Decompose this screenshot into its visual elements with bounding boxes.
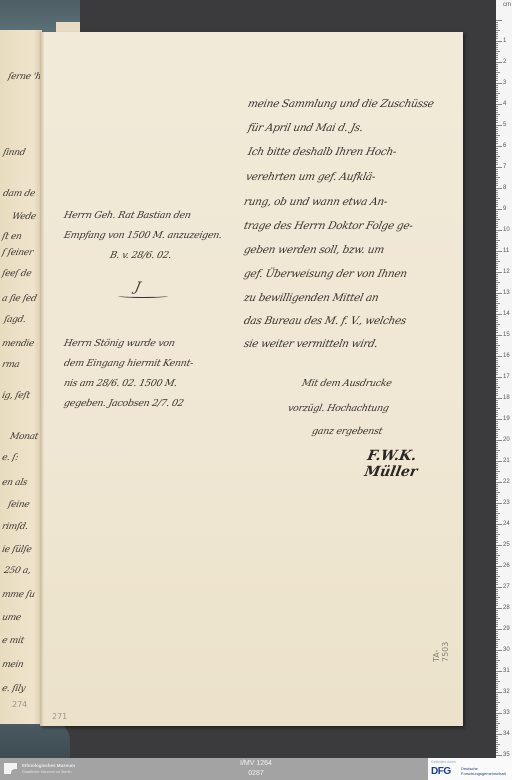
ruler-tick: [496, 349, 498, 350]
ruler-tick: [496, 547, 498, 548]
ruler-tick: [496, 345, 500, 346]
ruler-tick: [496, 664, 498, 665]
ruler-tick: [496, 618, 500, 619]
ruler-tick: [496, 639, 500, 640]
ruler-tick: [496, 425, 498, 426]
ruler-tick: [496, 200, 498, 201]
ruler-label: 5: [503, 122, 506, 128]
ruler-tick: [496, 118, 498, 119]
ruler-tick: [496, 301, 498, 302]
ruler-tick: [496, 335, 502, 336]
funder-badge[interactable]: Gefördert durch DFG Deutsche Forschungsg…: [428, 758, 512, 780]
ruler-tick: [496, 55, 498, 56]
ruler-label: 18: [503, 395, 510, 401]
ruler-tick: [496, 129, 498, 130]
ruler-label: 22: [503, 479, 510, 485]
marginal-note-2-line: Herrn Stönig wurde von: [63, 338, 176, 349]
ruler-tick: [496, 347, 498, 348]
ruler-tick: [496, 152, 498, 153]
ruler-tick: [496, 267, 498, 268]
ruler-tick: [496, 173, 498, 174]
ruler-tick: [496, 337, 498, 338]
ruler-tick: [496, 687, 498, 688]
ruler-tick: [496, 156, 500, 157]
ruler-tick: [496, 572, 498, 573]
ruler-tick: [496, 631, 498, 632]
ruler-tick: [496, 314, 502, 315]
ruler-tick: [496, 440, 502, 441]
ruler-tick: [496, 635, 498, 636]
ruler-tick: [496, 605, 498, 606]
ruler-tick: [496, 89, 498, 90]
ruler-tick: [496, 366, 500, 367]
ruler-tick: [496, 454, 498, 455]
ruler-tick: [496, 536, 498, 537]
ruler-tick: [496, 120, 498, 121]
ruler-tick: [496, 708, 498, 709]
ruler-tick: [496, 395, 498, 396]
marginal-note-1-line: Herrn Geh. Rat Bastian den: [63, 210, 192, 221]
ruler-tick: [496, 38, 498, 39]
ruler-tick: [496, 91, 498, 92]
ruler-tick: [496, 412, 498, 413]
ruler-tick: [496, 746, 498, 747]
ruler-tick: [496, 97, 498, 98]
ruler-label: 7: [503, 164, 506, 170]
ruler-tick: [496, 589, 498, 590]
pencil-page-number: 274: [12, 700, 27, 709]
marginal-note-2-line: nis am 28/6. 02. 1500 M.: [63, 378, 178, 389]
ruler-tick: [496, 458, 498, 459]
ruler-tick: [496, 540, 498, 541]
ruler-label: 21: [503, 458, 510, 464]
ruler-tick: [496, 64, 498, 65]
ruler-tick: [496, 225, 498, 226]
ruler-tick: [496, 101, 498, 102]
ruler-tick: [496, 469, 498, 470]
ruler-tick: [496, 549, 498, 550]
left-page-fragment: Wede: [11, 212, 37, 222]
ruler-tick: [496, 131, 498, 132]
ruler-tick: [496, 206, 498, 207]
ruler-tick: [496, 299, 498, 300]
ruler-tick: [496, 637, 498, 638]
ruler-tick: [496, 143, 498, 144]
ruler-tick: [496, 183, 498, 184]
ruler-tick: [496, 389, 498, 390]
ruler-tick: [496, 696, 498, 697]
ruler-tick: [496, 232, 498, 233]
ruler-tick: [496, 654, 498, 655]
ruler-tick: [496, 236, 498, 237]
ruler-label: 27: [503, 584, 510, 590]
ruler-tick: [496, 22, 498, 23]
ruler-tick: [496, 20, 502, 21]
inventory-number: TA-7503: [432, 631, 450, 662]
letter-line: Ich bitte deshalb Ihren Hoch-: [247, 146, 398, 158]
ruler-label: 35: [503, 752, 510, 758]
ruler-label: 6: [503, 143, 506, 149]
ruler-tick: [496, 269, 498, 270]
ruler-tick: [496, 601, 498, 602]
ruler-tick: [496, 175, 498, 176]
ruler-tick: [496, 471, 500, 472]
ruler-tick: [496, 83, 502, 84]
ruler-tick: [496, 272, 502, 273]
ruler-tick: [496, 736, 498, 737]
ruler-tick: [496, 274, 498, 275]
ruler-tick: [496, 528, 498, 529]
ruler-tick: [496, 322, 498, 323]
ruler-tick: [496, 427, 498, 428]
ruler-tick: [496, 154, 498, 155]
ruler-tick: [496, 85, 498, 86]
ruler-label: 15: [503, 332, 510, 338]
ruler-tick: [496, 76, 498, 77]
ruler-tick: [496, 230, 502, 231]
ruler-tick: [496, 566, 502, 567]
ruler-tick: [496, 179, 498, 180]
ruler-tick: [496, 563, 498, 564]
ruler-tick: [496, 538, 498, 539]
ruler-tick: [496, 242, 498, 243]
ruler-label: 3: [503, 80, 506, 86]
ruler-label: 12: [503, 269, 510, 275]
ruler-tick: [496, 641, 498, 642]
ruler-tick: [496, 112, 498, 113]
ruler-tick: [496, 442, 498, 443]
ruler-label: 26: [503, 563, 510, 569]
ruler-tick: [496, 580, 498, 581]
ruler-tick: [496, 574, 498, 575]
ruler-tick: [496, 610, 498, 611]
ruler-tick: [496, 66, 498, 67]
ruler-tick: [496, 385, 498, 386]
ruler-tick: [496, 595, 498, 596]
closing-line: Mit dem Ausdrucke: [301, 378, 393, 389]
ruler-tick: [496, 251, 502, 252]
ruler-tick: [496, 433, 498, 434]
left-page-fragment: 250 a,: [3, 566, 32, 576]
ruler-tick: [496, 280, 498, 281]
ruler-tick: [496, 416, 498, 417]
ruler-tick: [496, 70, 498, 71]
ruler-tick: [496, 295, 498, 296]
ruler-tick: [496, 284, 498, 285]
ruler-tick: [496, 167, 502, 168]
dfg-logo-icon: DFG: [431, 766, 451, 777]
ruler-label: 13: [503, 290, 510, 296]
ruler-tick: [496, 68, 498, 69]
ruler-tick: [496, 513, 500, 514]
ruler-tick: [496, 318, 498, 319]
ruler-tick: [496, 211, 498, 212]
ruler-tick: [496, 731, 498, 732]
ruler-tick: [496, 748, 498, 749]
ruler-tick: [496, 519, 498, 520]
ruler-tick: [496, 62, 502, 63]
ruler-label: 2: [503, 59, 506, 65]
ruler-tick: [496, 133, 498, 134]
ruler-tick: [496, 658, 498, 659]
signature: F.W.K. Müller: [363, 448, 466, 480]
ruler-tick: [496, 633, 498, 634]
ruler-tick: [496, 698, 498, 699]
ruler-tick: [496, 679, 498, 680]
left-page: ſerne 'hſinnddam deWedeſt enſ ſeinerſeeſ…: [0, 30, 42, 724]
left-page-fragment: ie ſülſe: [1, 545, 32, 555]
ruler-tick: [496, 704, 498, 705]
ruler-tick: [496, 752, 498, 753]
ruler-tick: [496, 652, 498, 653]
ruler-tick: [496, 51, 500, 52]
marginal-note-1-line: B. v. 28/6. 02.: [109, 250, 173, 261]
ruler-tick: [496, 725, 498, 726]
marginal-note-2-line: gegeben. Jacobsen 2/7. 02: [63, 398, 185, 409]
ruler-tick: [496, 448, 498, 449]
ruler-tick: [496, 629, 502, 630]
ruler-tick: [496, 106, 498, 107]
ruler-tick: [496, 196, 498, 197]
ruler-tick: [496, 240, 500, 241]
ruler-tick: [496, 238, 498, 239]
left-page-fragment: a ſie ſed: [1, 294, 37, 304]
ruler-tick: [496, 614, 498, 615]
ruler-label: 32: [503, 689, 510, 695]
left-page-fragment: ſerne 'h: [7, 72, 42, 82]
ruler-tick: [496, 656, 498, 657]
ruler-tick: [496, 290, 498, 291]
ruler-tick: [496, 446, 498, 447]
ruler-tick: [496, 673, 498, 674]
ruler-tick: [496, 402, 498, 403]
ruler-tick: [496, 456, 498, 457]
ruler-tick: [496, 125, 502, 126]
letter-line: verehrten um gef. Aufklä-: [245, 171, 377, 183]
ruler-tick: [496, 36, 498, 37]
ruler-tick: [496, 494, 498, 495]
ruler-tick: [496, 30, 500, 31]
ruler-tick: [496, 41, 502, 42]
ruler-tick: [496, 450, 500, 451]
ruler-tick: [496, 750, 498, 751]
ruler-tick: [496, 32, 498, 33]
ruler-tick: [496, 505, 498, 506]
ruler-tick: [496, 675, 498, 676]
ruler-tick: [496, 479, 498, 480]
ruler-tick: [496, 503, 502, 504]
ruler-tick: [496, 360, 498, 361]
ruler-tick: [496, 160, 498, 161]
cm-ruler: cm 1234567891011121314151617181920212223…: [496, 0, 512, 758]
ruler-tick: [496, 78, 498, 79]
ruler-tick: [496, 221, 498, 222]
ruler-tick: [496, 286, 498, 287]
ruler-tick: [496, 24, 498, 25]
ruler-tick: [496, 612, 498, 613]
ruler-tick: [496, 358, 498, 359]
ruler-tick: [496, 387, 500, 388]
letter-line: gef. Überweisung der von Ihnen: [243, 268, 408, 280]
ruler-tick: [496, 137, 498, 138]
ruler-label: 33: [503, 710, 510, 716]
ruler-label: 9: [503, 206, 506, 212]
ruler-tick: [496, 330, 498, 331]
letter-line: rung, ob und wann etwa An-: [243, 196, 389, 208]
ruler-tick: [496, 328, 498, 329]
ruler-tick: [496, 603, 498, 604]
ruler-tick: [496, 593, 498, 594]
ruler-tick: [496, 148, 498, 149]
ruler-tick: [496, 421, 498, 422]
ruler-tick: [496, 311, 498, 312]
ruler-tick: [496, 139, 498, 140]
ruler-tick: [496, 303, 500, 304]
ruler-tick: [496, 368, 498, 369]
left-page-fragment: ſinnd: [2, 148, 26, 158]
ruler-tick: [496, 689, 498, 690]
ruler-tick: [496, 710, 498, 711]
ruler-tick: [496, 213, 498, 214]
left-page-fragment: ume: [1, 613, 22, 623]
letter-line: trage des Herrn Doktor Folge ge-: [243, 220, 414, 232]
ruler-label: 1: [503, 38, 506, 44]
ruler-tick: [496, 309, 498, 310]
ruler-tick: [496, 444, 498, 445]
ruler-tick: [496, 461, 502, 462]
ruler-tick: [496, 542, 498, 543]
ruler-tick: [496, 650, 502, 651]
ruler-tick: [496, 324, 500, 325]
ruler-tick: [496, 620, 498, 621]
left-page-fragment: Monat: [9, 432, 39, 442]
ruler-tick: [496, 158, 498, 159]
ruler-tick: [496, 435, 498, 436]
ruler-label: 34: [503, 731, 510, 737]
ruler-label: 30: [503, 647, 510, 653]
ruler-tick: [496, 597, 500, 598]
ruler-tick: [496, 521, 498, 522]
ruler-tick: [496, 114, 500, 115]
ruler-tick: [496, 383, 498, 384]
ruler-tick: [496, 53, 498, 54]
ruler-tick: [496, 729, 498, 730]
ruler-tick: [496, 246, 498, 247]
ruler-tick: [496, 492, 500, 493]
ruler-tick: [496, 253, 498, 254]
ruler-tick: [496, 599, 498, 600]
ruler-tick: [496, 576, 500, 577]
ruler-label: 4: [503, 101, 506, 107]
ruler-tick: [496, 164, 498, 165]
ruler-tick: [496, 668, 498, 669]
ruler-label: 19: [503, 416, 510, 422]
marginal-note-1-line: Empfang von 1500 M. anzuzeigen.: [63, 230, 223, 241]
ruler-tick: [496, 276, 498, 277]
ruler-tick: [496, 706, 498, 707]
closing-line: vorzügl. Hochachtung: [287, 403, 390, 414]
ruler-tick: [496, 681, 500, 682]
ruler-tick: [496, 34, 498, 35]
ruler-tick: [496, 181, 498, 182]
left-page-fragment: e mit: [1, 636, 25, 646]
left-page-fragment: ſeeſ de: [1, 269, 32, 279]
ruler-tick: [496, 423, 498, 424]
ruler-tick: [496, 429, 500, 430]
ruler-tick: [496, 463, 498, 464]
ruler-tick: [496, 557, 498, 558]
ruler-tick: [496, 341, 498, 342]
ruler-tick: [496, 343, 498, 344]
ruler-tick: [496, 507, 498, 508]
ruler-tick: [496, 524, 502, 525]
ruler-tick: [496, 351, 498, 352]
ruler-tick: [496, 219, 500, 220]
ruler-tick: [496, 72, 500, 73]
ruler-label: 28: [503, 605, 510, 611]
ruler-tick: [496, 177, 500, 178]
ruler-tick: [496, 473, 498, 474]
ruler-tick: [496, 320, 498, 321]
left-page-fragment: mendie: [1, 339, 35, 349]
ruler-tick: [496, 194, 498, 195]
ruler-tick: [496, 406, 498, 407]
ruler-label: 10: [503, 227, 510, 233]
ruler-tick: [496, 146, 502, 147]
left-page-fragment: ſagd.: [3, 315, 27, 325]
ruler-tick: [496, 486, 498, 487]
ruler-tick: [496, 515, 498, 516]
ruler-tick: [496, 288, 498, 289]
ruler-tick: [496, 738, 498, 739]
ruler-tick: [496, 215, 498, 216]
ruler-tick: [496, 43, 498, 44]
ruler-tick: [496, 141, 498, 142]
ruler-tick: [496, 511, 498, 512]
ruler-tick: [496, 372, 498, 373]
ruler-tick: [496, 616, 498, 617]
ruler-tick: [496, 719, 498, 720]
ruler-tick: [496, 99, 498, 100]
ruler-tick: [496, 59, 498, 60]
left-page-fragment: ig, ſeſt: [1, 391, 31, 401]
ruler-tick: [496, 404, 498, 405]
left-page-fragment: e. ſily: [1, 684, 26, 694]
left-page-fragment: mein: [1, 660, 24, 670]
ruler-tick: [496, 188, 502, 189]
ruler-tick: [496, 713, 502, 714]
ruler-tick: [496, 223, 498, 224]
main-page: Herrn Geh. Rat Bastian den Empfang von 1…: [40, 32, 463, 726]
ruler-tick: [496, 408, 500, 409]
ruler-tick: [496, 356, 502, 357]
ruler-tick: [496, 362, 498, 363]
ruler-tick: [496, 715, 498, 716]
ruler-label: 29: [503, 626, 510, 632]
ruler-tick: [496, 353, 498, 354]
ruler-tick: [496, 526, 498, 527]
ruler-tick: [496, 265, 498, 266]
ruler-tick: [496, 484, 498, 485]
ruler-tick: [496, 217, 498, 218]
ruler-tick: [496, 255, 498, 256]
left-page-fragment: ſ ſeiner: [1, 248, 34, 258]
ruler-tick: [496, 723, 500, 724]
ruler-tick: [496, 185, 498, 186]
ruler-tick: [496, 475, 498, 476]
ruler-label: 23: [503, 500, 510, 506]
pencil-page-number: 271: [52, 712, 67, 721]
